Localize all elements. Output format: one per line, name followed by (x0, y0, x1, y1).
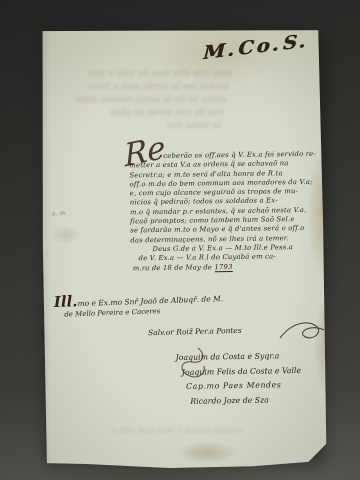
archival-annotation: M.Co.S. (200, 30, 311, 64)
honorific-flourish: Ill. (53, 292, 77, 311)
manuscript-paper: M.Co.S. ama con alta mes da villa e dos … (40, 28, 328, 468)
attendance-line: Salv.or Roiz̃ Per.a Pontes (148, 326, 242, 337)
manuscript-photo: { "document": { "annotation_top_right": … (0, 0, 360, 480)
date-text: m.ra de 18 de May de (133, 263, 215, 272)
ink-showthrough-bottom: a Ilha mas ante o Santos mesmo (111, 426, 292, 435)
date-year: 1793 (214, 263, 232, 273)
rubric-flourish-icon (278, 320, 326, 346)
signature-flourish-icon (168, 346, 208, 380)
showthrough-line: santos om la corda mas o furor (47, 81, 230, 94)
ink-showthrough-top: ama con alta mes da villa e dos santos o… (39, 68, 233, 133)
showthrough-line: antes ve da la santa mesma onde (45, 94, 228, 107)
addressee-block: Ill.mo e Ex.mo Snr̃ Joaõ de Albuqr̃. de … (54, 291, 224, 321)
marginal-mark: a. m. (52, 209, 67, 217)
showthrough-line: rua da con serva os altos (42, 107, 225, 120)
showthrough-line: ama con alta mes da villa e dos (50, 68, 233, 81)
showthrough-line: la mesa dos (39, 120, 222, 133)
letter-body: ceberão os off.aes q̃ V. Ex.a foi servid… (129, 150, 331, 274)
signature: Ricardo Joze de Sza (176, 392, 301, 409)
closing-line-date: m.ra de 18 de May de 1793 (131, 261, 331, 273)
